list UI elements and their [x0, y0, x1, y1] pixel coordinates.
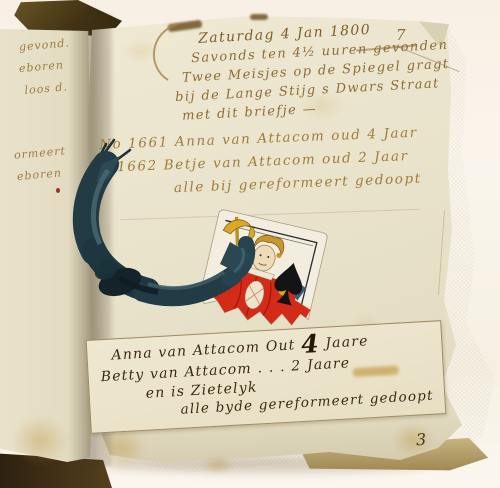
red-ink-dot	[56, 188, 60, 193]
left-page-fragment: eboren	[0, 58, 64, 78]
paper-stain	[0, 406, 80, 476]
left-page-fragment: loos d.	[0, 80, 68, 100]
manuscript-photo: gevond. eboren loos d. ormeert eboren Za…	[0, 0, 500, 488]
left-page-fragment: eboren	[0, 166, 62, 186]
left-page-fragment: ormeert	[0, 144, 66, 164]
paper-stain	[195, 452, 240, 478]
ink-smudge	[250, 14, 268, 20]
blue-ribbon	[62, 130, 277, 320]
paper-stain	[385, 416, 441, 464]
page-number-top: 7	[396, 26, 406, 44]
left-page-fragment: gevond.	[0, 36, 70, 56]
page-number-bottom: 3	[415, 430, 426, 450]
header-block: Zaturdag 4 Jan 1800 Savonds ten 4½ uuren…	[170, 17, 452, 126]
